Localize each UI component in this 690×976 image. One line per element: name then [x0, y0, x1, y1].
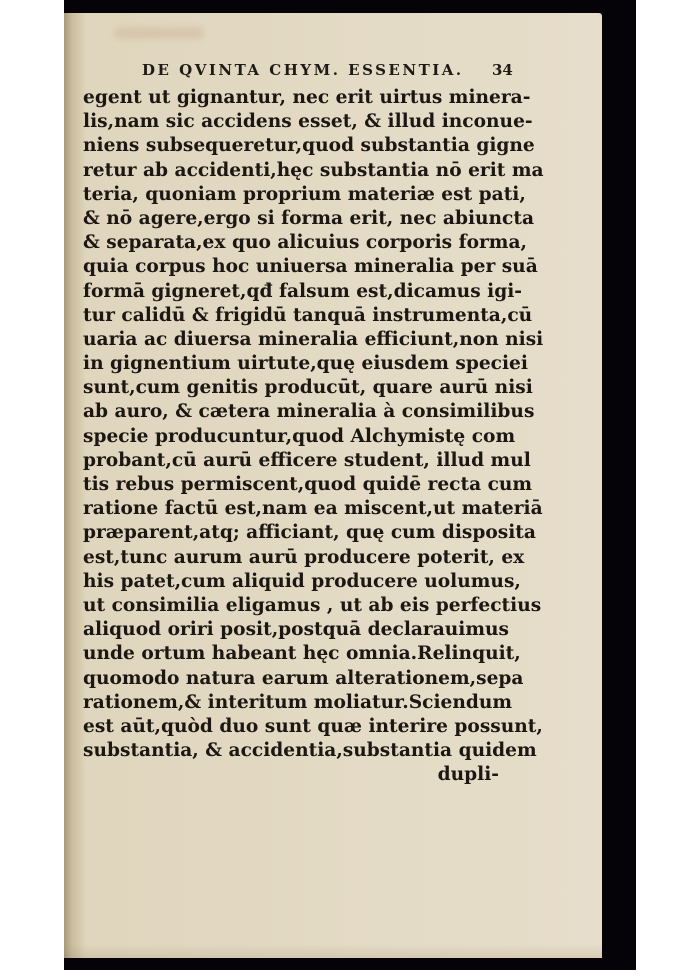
text-line: lis,nam sic accidens esset, & illud inco… [83, 110, 499, 134]
text-line: his patet,cum aliquid producere uolumus, [83, 570, 499, 594]
text-line: substantia, & accidentia,substantia quid… [83, 739, 499, 763]
running-head: DE QVINTA CHYM. ESSENTIA. 34 [142, 61, 562, 79]
text-line: præparent,atq; afficiant, quę cum dispos… [83, 521, 499, 545]
text-line: quomodo natura earum alterationem,sepa [83, 667, 499, 691]
text-line: ratione factū est,nam ea miscent,ut mate… [83, 497, 499, 521]
text-line: niens subsequeretur,quod substantia gign… [83, 134, 499, 158]
text-line: egent ut gignantur, nec erit uirtus mine… [83, 86, 499, 110]
text-line: est,tunc aurum aurū producere poterit, e… [83, 546, 499, 570]
text-line: sunt,cum genitis producūt, quare aurū ni… [83, 376, 499, 400]
text-line: teria, quoniam proprium materiæ est pati… [83, 183, 499, 207]
text-line: est aūt,quòd duo sunt quæ interire possu… [83, 715, 499, 739]
text-line: aliquod oriri posit,postquā declarauimus [83, 618, 499, 642]
text-line: & separata,ex quo alicuius corporis form… [83, 231, 499, 255]
catchword: dupli- [83, 763, 499, 787]
text-line: probant,cū aurū efficere student, illud … [83, 449, 499, 473]
page-number: 34 [492, 61, 513, 79]
text-line: unde ortum habeant hęc omnia.Relinquit, [83, 642, 499, 666]
text-line: ab auro, & cætera mineralia à consimilib… [83, 400, 499, 424]
text-line: & nō agere,ergo si forma erit, nec abiun… [83, 207, 499, 231]
text-line: uaria ac diuersa mineralia efficiunt,non… [83, 328, 499, 352]
body-text: egent ut gignantur, nec erit uirtus mine… [83, 86, 499, 787]
text-line: quia corpus hoc uniuersa mineralia per s… [83, 255, 499, 279]
text-line: ut consimilia eligamus , ut ab eis perfe… [83, 594, 499, 618]
text-line: rationem,& interitum moliatur.Sciendum [83, 691, 499, 715]
text-line: specie producuntur,quod Alchymistę com [83, 425, 499, 449]
text-line: retur ab accidenti,hęc substantia nō eri… [83, 159, 499, 183]
running-head-title: DE QVINTA CHYM. ESSENTIA. [142, 61, 464, 79]
text-line: formā gigneret,qđ falsum est,dicamus igi… [83, 280, 499, 304]
page-stain [114, 27, 204, 39]
text-line: tur calidū & frigidū tanquā instrumenta,… [83, 304, 499, 328]
text-line: tis rebus permiscent,quod quidē recta cu… [83, 473, 499, 497]
text-line: in gignentium uirtute,quę eiusdem specie… [83, 352, 499, 376]
